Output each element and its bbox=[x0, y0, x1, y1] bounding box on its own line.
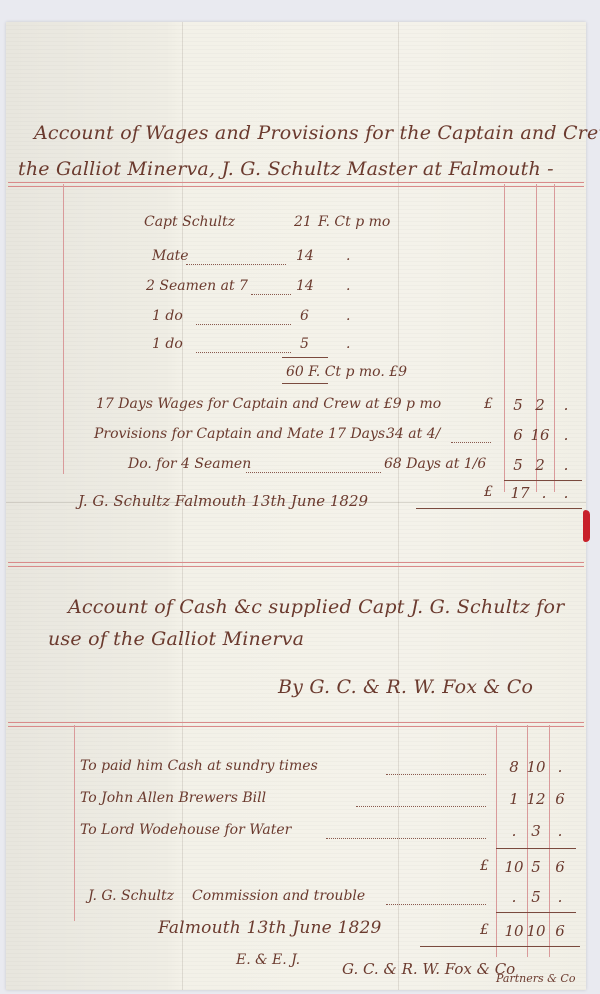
total-currency: £ bbox=[484, 484, 493, 500]
crew-sum-rule bbox=[282, 357, 328, 358]
account2-by-line: By G. C. & R. W. Fox & Co bbox=[278, 676, 533, 698]
line-pence: . bbox=[546, 758, 574, 776]
total-pence: 6 bbox=[546, 922, 574, 940]
account2-top-rule bbox=[8, 562, 584, 567]
crew-amount: 5 bbox=[300, 336, 309, 352]
account2-title-line1: Account of Cash &c supplied Capt J. G. S… bbox=[68, 596, 564, 618]
account2-header-rule bbox=[8, 722, 584, 727]
line-desc: To John Allen Brewers Bill bbox=[80, 790, 266, 806]
leader-dots bbox=[386, 904, 486, 905]
pounds-column-line bbox=[504, 184, 505, 492]
subtotal-pence: 6 bbox=[546, 858, 574, 876]
crew-name: 1 do bbox=[152, 308, 183, 324]
crew-total-rule bbox=[282, 383, 328, 384]
account2-sum-rule bbox=[496, 848, 576, 849]
line-pence: 6 bbox=[546, 790, 574, 808]
line-shillings: 2 bbox=[526, 396, 554, 414]
pounds-column-line bbox=[496, 725, 497, 957]
leader-dots bbox=[326, 838, 486, 839]
leader-dots bbox=[186, 264, 286, 265]
total-pence: . bbox=[552, 484, 580, 502]
leader-dots bbox=[451, 442, 491, 443]
line-desc: To Lord Wodehouse for Water bbox=[80, 822, 291, 838]
crew-unit: . bbox=[346, 278, 350, 294]
account1-header-rule bbox=[8, 182, 584, 187]
crew-name: 2 Seamen at 7 bbox=[146, 278, 248, 294]
subtotal-currency: £ bbox=[480, 858, 489, 874]
account1-total-rule bbox=[416, 508, 582, 509]
line-pence: . bbox=[552, 456, 580, 474]
commission-desc: Commission and trouble bbox=[192, 888, 365, 904]
account1-signature: J. G. Schultz Falmouth 13th June 1829 bbox=[78, 492, 368, 510]
line-desc: To paid him Cash at sundry times bbox=[80, 758, 318, 774]
crew-unit: . bbox=[346, 308, 350, 324]
leader-dots bbox=[356, 806, 486, 807]
account2-margin-line bbox=[74, 725, 75, 921]
crew-name: Capt Schultz bbox=[144, 214, 235, 230]
crew-amount: 21 bbox=[294, 214, 312, 230]
line-desc: Do. for 4 Seamen bbox=[128, 456, 251, 472]
line-shillings: 2 bbox=[526, 456, 554, 474]
crew-total: 60 F. Ct p mo. £9 bbox=[286, 364, 407, 380]
crew-unit: F. Ct p mo bbox=[318, 214, 390, 230]
receipt-note: Partners & Co bbox=[496, 972, 575, 985]
account2-title-line2: use of the Galliot Minerva bbox=[48, 628, 304, 650]
commission-pence: . bbox=[546, 888, 574, 906]
crew-name: Mate bbox=[152, 248, 189, 264]
line-desc: Provisions for Captain and Mate 17 Days. bbox=[94, 426, 390, 442]
account2-total-rule bbox=[420, 946, 580, 947]
crew-name: 1 do bbox=[152, 336, 183, 352]
leader-dots bbox=[196, 352, 291, 353]
leader-dots bbox=[196, 324, 291, 325]
account1-sum-rule bbox=[504, 480, 582, 481]
line-detail: 68 Days at 1/6 bbox=[384, 456, 486, 472]
line-pence: . bbox=[546, 822, 574, 840]
pence-column-line bbox=[554, 184, 555, 492]
shillings-column-line bbox=[536, 184, 537, 492]
account2-total-sum-rule bbox=[496, 912, 576, 913]
line-shillings: 16 bbox=[526, 426, 554, 444]
leader-dots bbox=[251, 294, 291, 295]
line-desc: 17 Days Wages for Captain and Crew at £9… bbox=[96, 396, 441, 412]
line-currency: £ bbox=[484, 396, 493, 412]
crew-unit: . bbox=[346, 248, 350, 264]
crew-amount: 14 bbox=[296, 248, 314, 264]
commission-signer: J. G. Schultz bbox=[88, 888, 174, 904]
line-detail: 34 at 4/ bbox=[386, 426, 440, 442]
crew-unit: . bbox=[346, 336, 350, 352]
account2-date: Falmouth 13th June 1829 bbox=[158, 918, 382, 938]
account1-title-line2: the Galliot Minerva, J. G. Schultz Maste… bbox=[18, 158, 554, 180]
account1-margin-line bbox=[63, 184, 64, 474]
ledger-paper: Account of Wages and Provisions for the … bbox=[6, 22, 586, 990]
account2-initials: E. & E. J. bbox=[236, 952, 300, 968]
leader-dots bbox=[246, 472, 381, 473]
total-currency: £ bbox=[480, 922, 489, 938]
red-wax-seal bbox=[583, 510, 590, 542]
line-pence: . bbox=[552, 426, 580, 444]
crew-amount: 14 bbox=[296, 278, 314, 294]
receipt-signature: G. C. & R. W. Fox & Co bbox=[342, 960, 515, 978]
account1-title-line1: Account of Wages and Provisions for the … bbox=[34, 122, 600, 144]
leader-dots bbox=[386, 774, 486, 775]
crew-amount: 6 bbox=[300, 308, 309, 324]
line-pence: . bbox=[552, 396, 580, 414]
